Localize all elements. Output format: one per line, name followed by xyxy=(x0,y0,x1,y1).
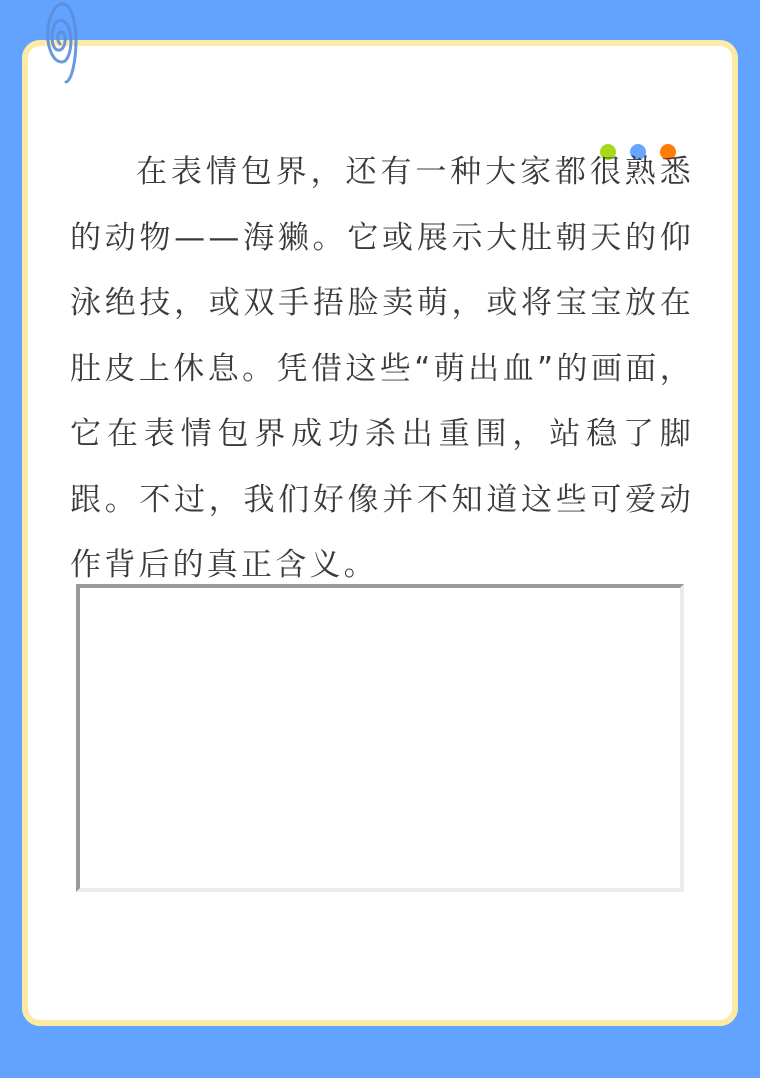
article-paragraph: 在表情包界，还有一种大家都很熟悉的动物——海獭。它或展示大肚朝天的仰泳绝技，或双… xyxy=(70,140,694,599)
spiral-clip-icon xyxy=(40,0,80,86)
image-placeholder xyxy=(76,584,684,892)
